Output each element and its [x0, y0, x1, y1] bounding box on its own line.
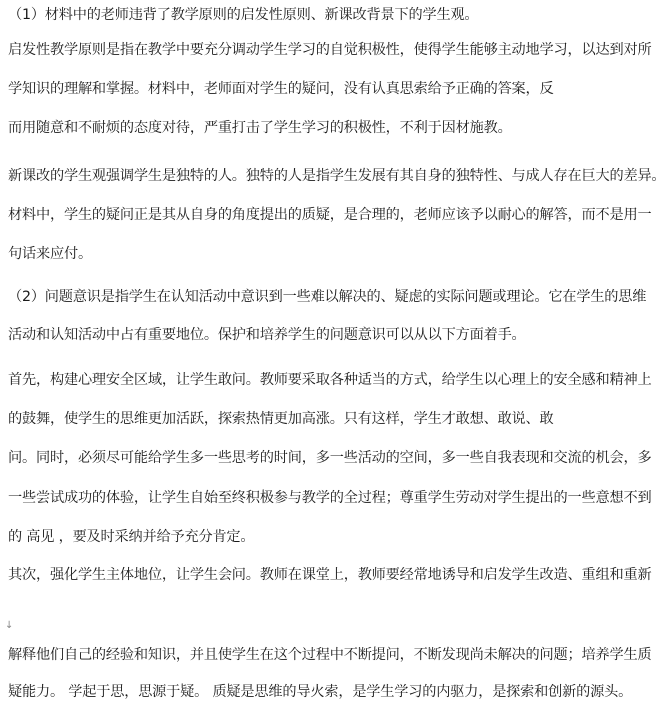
text-line: （1）材料中的老师违背了教学原则的启发性原则、新课改背景下的学生观。: [8, 5, 478, 25]
text-line: 新课改的学生观强调学生是独特的人。独特的人是指学生发展有其自身的独特性、与成人存…: [8, 166, 662, 186]
text-line: （2）问题意识是指学生在认知活动中意识到一些难以解决的、疑虑的实际问题或理论。它…: [8, 287, 646, 307]
text-line: 句话来应付。: [8, 244, 92, 264]
text-line: 疑能力。 学起于思，思源于疑。 质疑是思维的导火索，是学生学习的内驱力，是探索和…: [8, 682, 632, 702]
text-line: 其次，强化学生主体地位，让学生会问。教师在课堂上，教师要经常地诱导和启发学生改造…: [8, 565, 651, 585]
text-line: 一些尝试成功的体验，让学生自始至终积极参与教学的全过程；尊重学生劳动对学生提出的…: [8, 488, 651, 508]
text-line: 材料中，学生的疑问正是其从自身的角度提出的质疑，是合理的，老师应该予以耐心的解答…: [8, 205, 651, 225]
text-line: 的 高见 ，要及时采纳并给予充分肯定。: [8, 527, 254, 547]
text-line: 而用随意和不耐烦的态度对待，严重打击了学生学习的积极性，不利于因材施教。: [8, 118, 512, 138]
paragraph-mark-icon: ↓: [5, 620, 13, 632]
text-line: 首先，构建心理安全区域，让学生敢问。教师要采取各种适当的方式，给学生以心理上的安…: [8, 370, 651, 390]
text-line: 问。同时，必须尽可能给学生多一些思考的时间，多一些活动的空间，多一些自我表现和交…: [8, 448, 651, 468]
text-line: 活动和认知活动中占有重要地位。保护和培养学生的问题意识可以从以下方面着手。: [8, 325, 526, 345]
text-line: 解释他们自己的经验和知识，并且使学生在这个过程中不断提问，不断发现尚未解决的问题…: [8, 645, 651, 665]
text-line: 的鼓舞，使学生的思维更加活跃，探索热情更加高涨。只有这样，学生才敢想、敢说、敢: [8, 409, 554, 429]
text-line: 启发性教学原则是指在教学中要充分调动学生学习的自觉积极性，使得学生能够主动地学习…: [8, 40, 651, 60]
text-line: 学知识的理解和掌握。材料中，老师面对学生的疑问，没有认真思索给予正确的答案，反: [8, 79, 554, 99]
